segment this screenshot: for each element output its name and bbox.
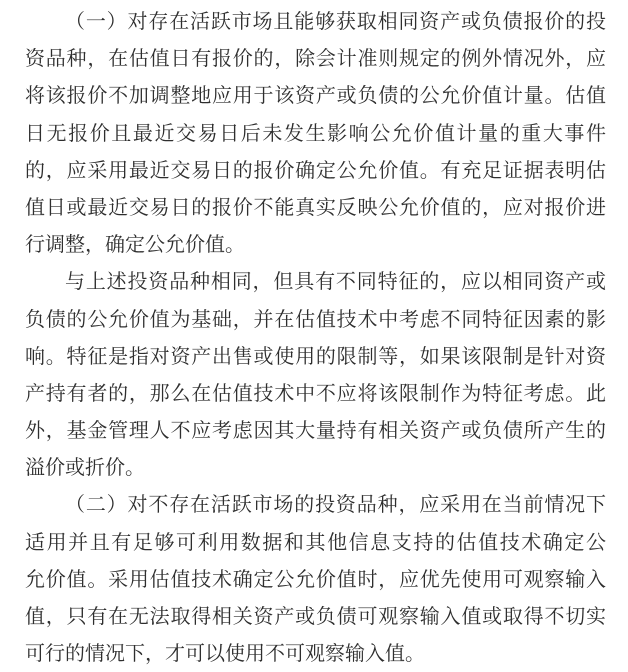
text-line: 外，基金管理人不应考虑因其大量持有相关资产或负债所产生的 xyxy=(25,413,606,450)
text-line: 溢价或折价。 xyxy=(25,450,606,487)
text-line: 允价值。采用估值技术确定公允价值时，应优先使用可观察输入 xyxy=(25,562,606,599)
paragraph-no-active-market: （二）对不存在活跃市场的投资品种，应采用在当前情况下 适用并且有足够可利用数据和… xyxy=(25,487,606,672)
text-line: 与上述投资品种相同，但具有不同特征的，应以相同资产或 xyxy=(25,264,606,301)
text-line: 将该报价不加调整地应用于该资产或负债的公允价值计量。估值 xyxy=(25,78,606,115)
text-line: 负债的公允价值为基础，并在估值技术中考虑不同特征因素的影 xyxy=(25,302,606,339)
text-line: 的，应采用最近交易日的报价确定公允价值。有充足证据表明估 xyxy=(25,153,606,190)
paragraph-quoted-price-active-market: （一）对存在活跃市场且能够获取相同资产或负债报价的投 资品种，在估值日有报价的，… xyxy=(25,4,606,264)
text-line: 资品种，在估值日有报价的，除会计准则规定的例外情况外，应 xyxy=(25,41,606,78)
document-page: （一）对存在活跃市场且能够获取相同资产或负债报价的投 资品种，在估值日有报价的，… xyxy=(0,0,628,672)
paragraph-different-characteristics: 与上述投资品种相同，但具有不同特征的，应以相同资产或 负债的公允价值为基础，并在… xyxy=(25,264,606,487)
text-line: （二）对不存在活跃市场的投资品种，应采用在当前情况下 xyxy=(25,487,606,524)
text-line: 产持有者的，那么在估值技术中不应将该限制作为特征考虑。此 xyxy=(25,376,606,413)
text-line: 可行的情况下，才可以使用不可观察输入值。 xyxy=(25,636,606,672)
text-line: 适用并且有足够可利用数据和其他信息支持的估值技术确定公 xyxy=(25,525,606,562)
text-line: （一）对存在活跃市场且能够获取相同资产或负债报价的投 xyxy=(25,4,606,41)
text-line: 行调整，确定公允价值。 xyxy=(25,227,606,264)
text-line: 日无报价且最近交易日后未发生影响公允价值计量的重大事件 xyxy=(25,116,606,153)
text-line: 响。特征是指对资产出售或使用的限制等，如果该限制是针对资 xyxy=(25,339,606,376)
text-line: 值日或最近交易日的报价不能真实反映公允价值的，应对报价进 xyxy=(25,190,606,227)
text-line: 值，只有在无法取得相关资产或负债可观察输入值或取得不切实 xyxy=(25,599,606,636)
